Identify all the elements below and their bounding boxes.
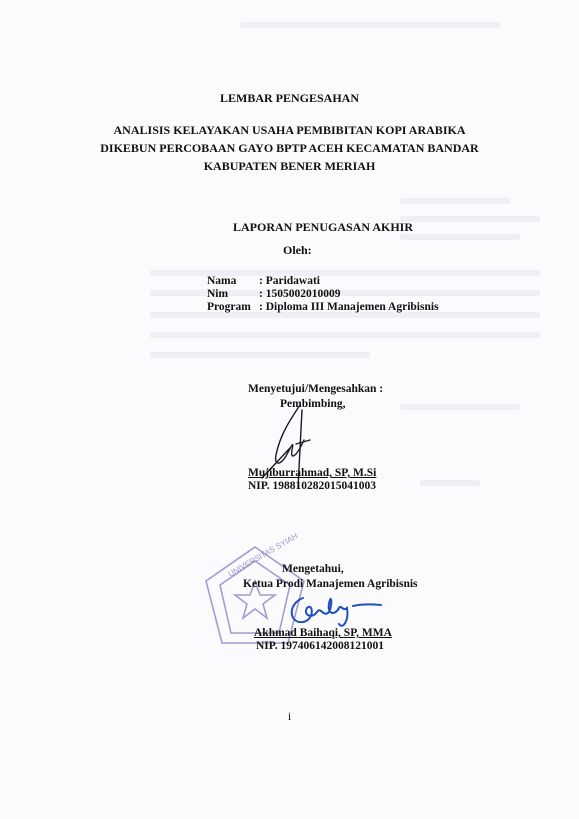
author-field-nim: Nim: 1505002010009: [207, 288, 340, 300]
acknowledgement-heading: Mengetahui,: [282, 563, 344, 575]
document-page: LEMBAR PENGESAHAN ANALISIS KELAYAKAN USA…: [0, 0, 579, 819]
supervisor-nip: NIP. 198810282015041003: [248, 480, 376, 492]
report-type: LAPORAN PENUGASAN AKHIR: [233, 220, 413, 235]
head-name: Akhmad Baihaqi, SP, MMA: [254, 627, 392, 639]
head-signature: [285, 590, 385, 630]
author-field-name: Nama: Paridawati: [207, 275, 320, 287]
author-field-program: Program: Diploma III Manajemen Agribisni…: [207, 301, 439, 313]
page-number: i: [0, 709, 579, 724]
acknowledgement-role: Ketua Prodi Manajemen Agribisnis: [243, 578, 418, 590]
head-nip: NIP. 197406142008121001: [256, 640, 384, 652]
title-line-1: ANALISIS KELAYAKAN USAHA PEMBIBITAN KOPI…: [0, 123, 579, 138]
title-line-3: KABUPATEN BENER MERIAH: [0, 159, 579, 174]
approval-heading: Menyetujui/Mengesahkan :: [248, 383, 383, 395]
heading: LEMBAR PENGESAHAN: [0, 91, 579, 106]
supervisor-name: Mujiburrahmad, SP, M.Si: [248, 467, 376, 479]
by-label: Oleh:: [283, 243, 312, 258]
title-line-2: DIKEBUN PERCOBAAN GAYO BPTP ACEH KECAMAT…: [0, 141, 579, 156]
